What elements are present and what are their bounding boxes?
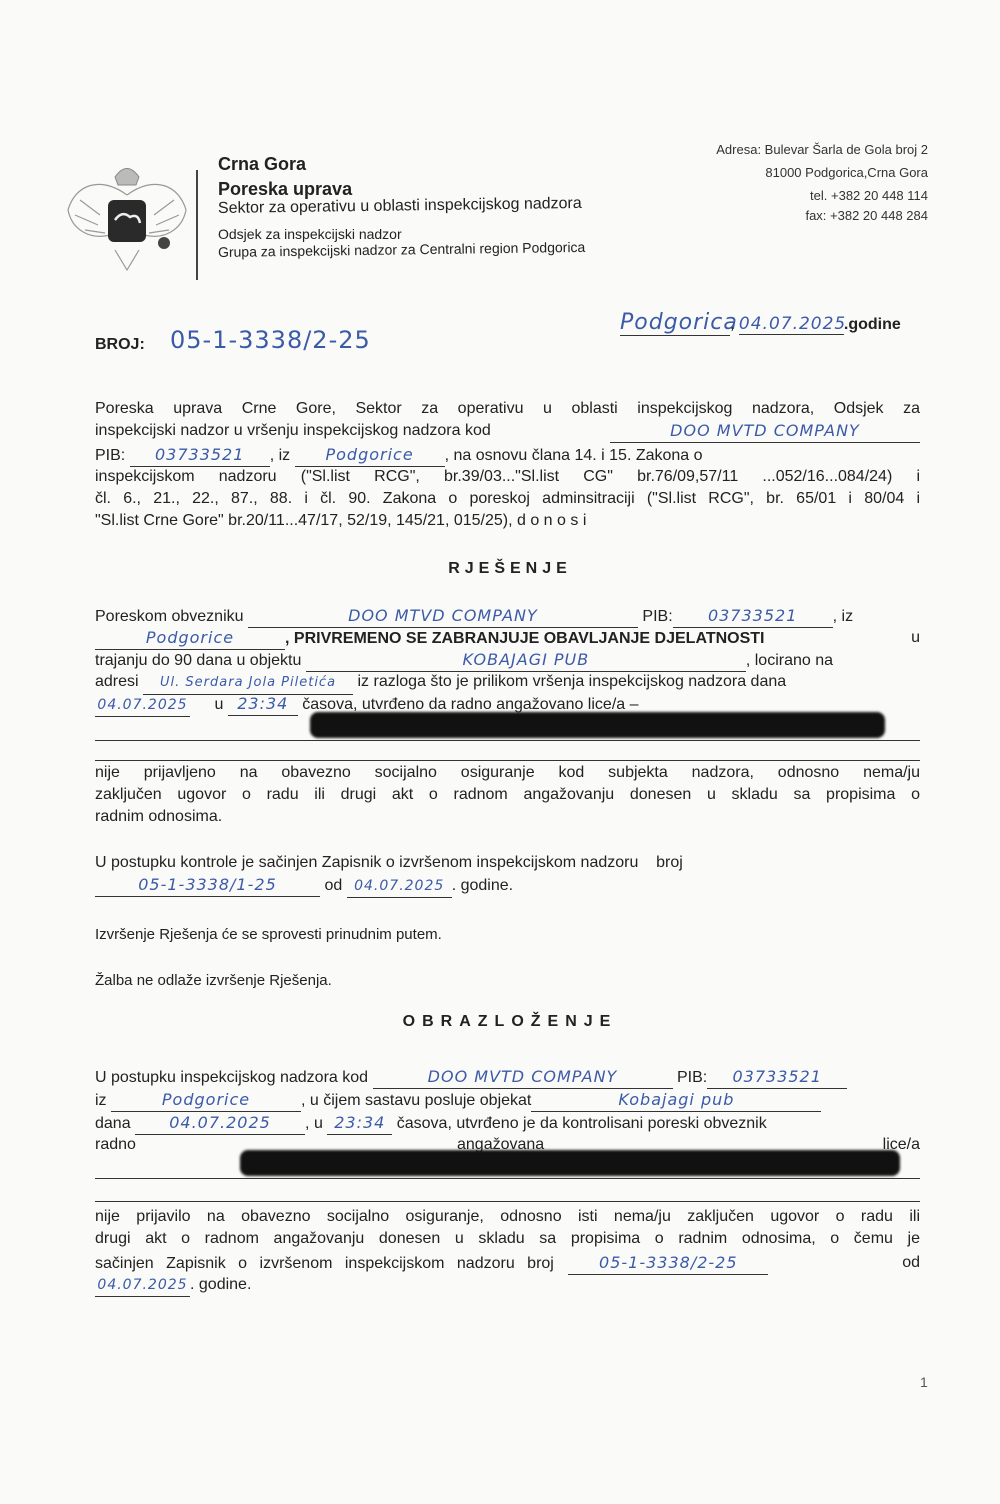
address-line2: 81000 Podgorica,Crna Gora — [765, 165, 928, 180]
rjesenje-para3: zaključen ugovor o radu ili drugi akt o … — [95, 784, 920, 806]
blank-line — [95, 1178, 920, 1179]
rjesenje-para2: nije prijavljeno na obavezno socijalno o… — [95, 762, 920, 784]
godine-label: . godine. — [452, 877, 513, 894]
inspection-time-field: 23:34 — [228, 693, 298, 716]
intro-line4: inspekcijskom nadzoru ("Sl.list RCG", br… — [95, 466, 920, 488]
rjesenje-title: RJEŠENJE — [0, 560, 1000, 578]
obrazlozenje-city-field: Podgorice — [111, 1089, 301, 1112]
taxpayer-label: Poreskom obvezniku — [95, 608, 244, 625]
inspection-date-field: 04.07.2025 — [95, 694, 190, 717]
godine-label: . godine. — [190, 1276, 251, 1293]
header-group: Grupa za inspekcijski nadzor za Centraln… — [218, 239, 586, 260]
u-label: u — [214, 696, 223, 713]
address-line1: Adresa: Bulevar Šarla de Gola broj 2 — [716, 142, 928, 157]
date-field: 04.07.2025 — [739, 314, 844, 335]
after-time-text: časova, utvrđeno je da kontrolisani pore… — [397, 1115, 767, 1132]
header-authority: Poreska uprava — [218, 179, 352, 200]
zapisnik-date-field: 04.07.2025 — [347, 875, 452, 898]
intro-city-field: Podgorice — [295, 444, 445, 467]
header-country: Crna Gora — [218, 154, 306, 175]
blank-line — [95, 740, 920, 741]
adresi-label: adresi — [95, 673, 139, 690]
enforcement-text: Izvršenje Rješenja će se sprovesti prinu… — [95, 924, 920, 946]
obrazlozenje-time-field: 23:34 — [327, 1112, 392, 1135]
obrazlozenje-zapisnik-date-field: 04.07.2025 — [95, 1274, 190, 1297]
intro-company-field: DOO MVTD COMPANY — [610, 420, 920, 443]
pib-label: PIB: — [642, 608, 672, 625]
montenegro-coat-of-arms-icon — [60, 155, 195, 275]
iz-label: , iz — [833, 608, 853, 625]
intro-line6: "Sl.list Crne Gore" br.20/11...47/17, 52… — [95, 510, 920, 532]
radno-label: radno — [95, 1136, 136, 1153]
iz-label: iz — [95, 1092, 107, 1109]
located-text: , locirano na — [746, 652, 833, 669]
document-page: Crna Gora Poreska uprava Sektor za opera… — [0, 0, 1000, 1504]
pib-label: PIB: — [677, 1069, 707, 1086]
duration-text: trajanju do 90 dana u objektu — [95, 652, 301, 669]
after-time-text: časova, utvrđeno da radno angažovano lic… — [302, 696, 638, 713]
od-label: od — [902, 1252, 920, 1274]
godine-label: .godine — [844, 316, 901, 333]
object-text: , u čijem sastavu posluje objekat — [301, 1092, 531, 1109]
address-fax: fax: +382 20 448 284 — [805, 208, 928, 223]
blank-line — [95, 1201, 920, 1202]
header-department: Odsjek za inspekcijski nadzor — [218, 226, 402, 242]
appeal-text: Žalba ne odlaže izvršenje Rješenja. — [95, 970, 920, 992]
obrazlozenje-para2: drugi akt o radnom angažovanju donesen u… — [95, 1228, 920, 1250]
broj-value: 05-1-3338/2-25 — [170, 326, 371, 354]
rjesenje-pib-field: 03733521 — [673, 605, 833, 628]
obrazlozenje-line1: U postupku inspekcijskog nadzora kod — [95, 1069, 368, 1086]
control-text: U postupku kontrole je sačinjen Zapisnik… — [95, 852, 920, 874]
redaction-mark — [240, 1150, 900, 1176]
obrazlozenje-zapisnik-field: 05-1-3338/2-25 — [568, 1252, 768, 1275]
obrazlozenje-company-field: DOO MVTD COMPANY — [373, 1066, 673, 1089]
place-field: Podgorica — [620, 310, 730, 336]
ban-text: , PRIVREMENO SE ZABRANJUJE OBAVLJANJE DJ… — [285, 630, 764, 647]
u-label: u — [911, 627, 920, 649]
pib-label: PIB: — [95, 447, 125, 464]
address-tel: tel. +382 20 448 114 — [810, 188, 928, 203]
zapisnik-number-field: 05-1-3338/1-25 — [95, 874, 320, 897]
redaction-mark — [310, 712, 885, 738]
blank-line — [95, 760, 920, 761]
intro-line5: čl. 6., 21., 22., 87., 88. i čl. 90. Zak… — [95, 488, 920, 510]
header-sector: Sektor za operativu u oblasti inspekcijs… — [218, 195, 582, 218]
obrazlozenje-para3: sačinjen Zapisnik o izvršenom inspekcijs… — [95, 1255, 554, 1272]
taxpayer-field: DOO MTVD COMPANY — [248, 605, 638, 628]
obrazlozenje-pib-field: 03733521 — [707, 1066, 847, 1089]
intro-line3: , na osnovu člana 14. i 15. Zakona o — [445, 447, 703, 464]
header-divider — [196, 170, 198, 280]
object-field: KOBAJAGI PUB — [306, 649, 746, 672]
rjesenje-para4: radnim odnosima. — [95, 806, 920, 828]
intro-line1: Poreska uprava Crne Gore, Sektor za oper… — [95, 398, 920, 420]
intro-line2: inspekcijski nadzor u vršenju inspekcijs… — [95, 422, 491, 439]
u-label: , u — [305, 1115, 323, 1132]
iz-label: , iz — [270, 447, 290, 464]
obrazlozenje-para1: nije prijavilo na obavezno socijalno osi… — [95, 1206, 920, 1228]
reason-text: iz razloga što je prilikom vršenja inspe… — [357, 673, 786, 690]
broj-label: BROJ: — [95, 336, 145, 354]
od-label: od — [324, 877, 342, 894]
obrazlozenje-object-field: Kobajagi pub — [531, 1089, 821, 1112]
dana-label: dana — [95, 1115, 131, 1132]
page-number: 1 — [920, 1374, 928, 1390]
intro-pib-field: 03733521 — [130, 444, 270, 467]
rjesenje-city-field: Podgorice — [95, 627, 285, 650]
obrazlozenje-date-field: 04.07.2025 — [135, 1112, 305, 1135]
obrazlozenje-title: OBRAZLOŽENJE — [0, 1013, 1000, 1031]
address-field: Ul. Serdara Jola Piletića — [143, 672, 353, 695]
